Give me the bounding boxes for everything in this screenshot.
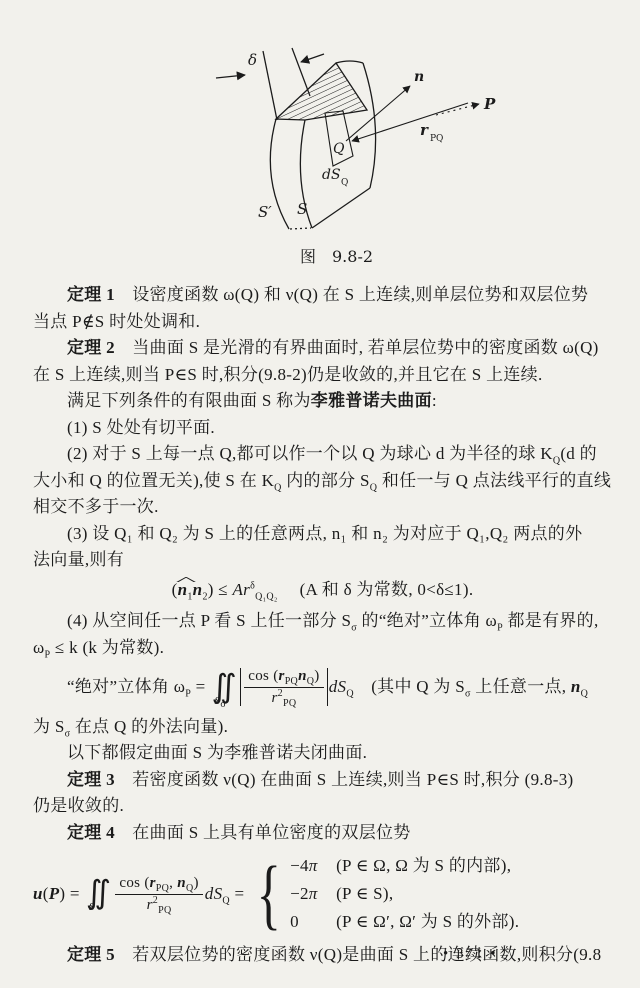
case-exterior-value: 0	[290, 908, 336, 936]
normal-vector-label: n	[414, 69, 424, 85]
theorem-2-line-1: 定理 2 当曲面 S 是光滑的有界曲面时, 若单层位势中的密度函数 ω(Q)	[33, 335, 612, 362]
double-integral: ∬ Sσ	[212, 670, 238, 706]
absolute-solid-angle-formula: “绝对”立体角 ωP = ∬ Sσ cos (rPQnQ) r2PQ dSQ (…	[67, 667, 612, 708]
condition-2-line-1: (2) 对于 S 上每一点 Q,都可以作一个以 Q 为球心 d 为半径的球 KQ…	[33, 441, 612, 468]
theorem-3-line-1: 定理 3 若密度函数 ν(Q) 在曲面 S 上连续,则当 P∈S 时,积分 (9…	[33, 767, 612, 794]
theorem-5-line: 定理 5 若双层位势的密度函数 ν(Q)是曲面 S 上的连续函数,则积分(9.8	[33, 942, 612, 969]
potential-numerator: cos (rPQ, nQ)	[115, 874, 202, 895]
theorem-1-line-1: 定理 1 设密度函数 ω(Q) 和 ν(Q) 在 S 上连续,则单层位势和双层位…	[33, 282, 612, 309]
ds-element-label: dS	[322, 167, 341, 183]
cases-block: −4π (P ∈ Ω, Ω 为 S 的内部), −2π (P ∈ S), 0 (…	[290, 852, 519, 936]
lyapunov-intro-line: 满足下列条件的有限曲面 S 称为李雅普诺夫曲面:	[33, 388, 612, 415]
dash-arrow-to-p	[436, 104, 479, 115]
condition-1-line: (1) S 处处有切平面.	[33, 415, 612, 442]
case-on-surface-condition: (P ∈ S),	[336, 880, 393, 908]
double-integral-domain: Sσ	[215, 688, 227, 715]
double-integral-domain-s: S	[89, 894, 95, 921]
theorem-2-line-2: 在 S 上连续,则当 P∈S 时,积分(9.8-2)仍是收敛的,并且它在 S 上…	[33, 362, 612, 389]
outer-curve-s-prime	[270, 119, 289, 229]
dimension-arrow-left	[216, 75, 245, 78]
condition-2-line-2: 大小和 Q 的位置无关),使 S 在 KQ 内的部分 SQ 和任一与 Q 点法线…	[33, 468, 612, 495]
hat-group: ^ (n1n2) ≤ ArδQ₁Q₂	[172, 577, 278, 604]
case-interior: −4π (P ∈ Ω, Ω 为 S 的内部),	[290, 852, 519, 880]
theorem-3-line-2: 仍是收敛的.	[33, 793, 612, 820]
solid-angle-rhs: dSQ (其中 Q 为 Sσ 上任意一点, nQ	[329, 674, 588, 701]
condition-2-line-3: 相交不多于一次.	[33, 494, 612, 521]
fraction-denominator: r2PQ	[244, 688, 323, 708]
potential-fraction: cos (rPQ, nQ) r2PQ	[115, 874, 202, 915]
double-layer-potential-formula: u(P) = ∬ S cos (rPQ, nQ) r2PQ dSQ = { −4…	[33, 852, 612, 936]
cases-brace: {	[257, 861, 282, 927]
top-edge	[336, 61, 363, 63]
figure-caption: 图 9.8-2	[300, 247, 373, 266]
bottom-edge	[312, 188, 370, 228]
fraction-numerator: cos (rPQnQ)	[244, 667, 323, 688]
closed-surface-assumption: 以下都假定曲面 S 为李雅普诺夫闭曲面.	[33, 740, 612, 767]
integrand-fraction: cos (rPQnQ) r2PQ	[244, 667, 323, 708]
case-interior-value: −4π	[290, 852, 336, 880]
case-on-surface-value: −2π	[290, 880, 336, 908]
condition-3-line-2: 法向量,则有	[33, 547, 612, 574]
ds-element-label-sub: Q	[341, 178, 348, 188]
case-exterior: 0 (P ∈ Ω′, Ω′ 为 S 的外部).	[290, 908, 519, 936]
condition-4-line-1: (4) 从空间任一点 P 看 S 上任一部分 Sσ 的“绝对”立体角 ωP 都是…	[33, 608, 612, 635]
potential-mid: dSQ =	[205, 881, 245, 908]
surface-outer-label: S′	[258, 203, 272, 221]
condition-3-line-1: (3) 设 Q₁ 和 Q₂ 为 S 上的任意两点, n₁ 和 n₂ 为对应于 Q…	[33, 521, 612, 548]
solid-angle-continuation: 为 Sσ 在点 Q 的外法向量).	[33, 714, 612, 741]
potential-lhs: u(P) =	[33, 881, 80, 908]
rpq-label: r	[420, 121, 429, 139]
potential-denominator: r2PQ	[115, 895, 202, 915]
abs-bar-left	[240, 668, 241, 706]
condition-4-line-2: ωP ≤ k (k 为常数).	[33, 635, 612, 662]
delta-label: δ	[248, 51, 257, 69]
solid-angle-lhs: “绝对”立体角 ωP =	[67, 674, 206, 701]
rpq-label-sub: PQ	[430, 134, 443, 144]
dimension-arrow-right	[301, 54, 324, 62]
point-q-label: Q	[333, 141, 345, 157]
hat-accent: ^	[175, 568, 197, 595]
tick-line-left	[263, 51, 277, 120]
abs-bar-right	[327, 668, 328, 706]
normal-angle-inequality-formula: ^ (n1n2) ≤ ArδQ₁Q₂ (A 和 δ 为常数, 0<δ≤1).	[33, 577, 612, 604]
page-number: • 371 •	[443, 946, 498, 963]
point-p-label: P	[483, 95, 496, 113]
case-on-surface: −2π (P ∈ S),	[290, 880, 519, 908]
book-page: δ n P r PQ Q dS Q S′ S 图 9.8-2 定理 1 设密度函…	[0, 0, 640, 988]
inequality-condition: (A 和 δ 为常数, 0<δ≤1).	[282, 580, 473, 599]
rpq-vector-arrow	[352, 103, 468, 141]
tick-line-right	[292, 48, 310, 96]
case-interior-condition: (P ∈ Ω, Ω 为 S 的内部),	[336, 852, 511, 880]
double-integral-s: ∬ S	[86, 876, 112, 912]
figure-9-8-2: δ n P r PQ Q dS Q S′ S 图 9.8-2	[0, 38, 640, 268]
body-text: 定理 1 设密度函数 ω(Q) 和 ν(Q) 在 S 上连续,则单层位势和双层位…	[0, 268, 640, 969]
surface-label: S	[297, 200, 307, 218]
theorem-4-line: 定理 4 在曲面 S 上具有单位密度的双层位势	[33, 820, 612, 847]
case-exterior-condition: (P ∈ Ω′, Ω′ 为 S 的外部).	[336, 908, 519, 936]
theorem-1-line-2: 当点 P∉S 时处处调和.	[33, 309, 612, 336]
hatched-cross-section	[276, 63, 367, 120]
bottom-dotted-edge	[290, 228, 311, 229]
right-boundary-curve	[363, 63, 376, 188]
